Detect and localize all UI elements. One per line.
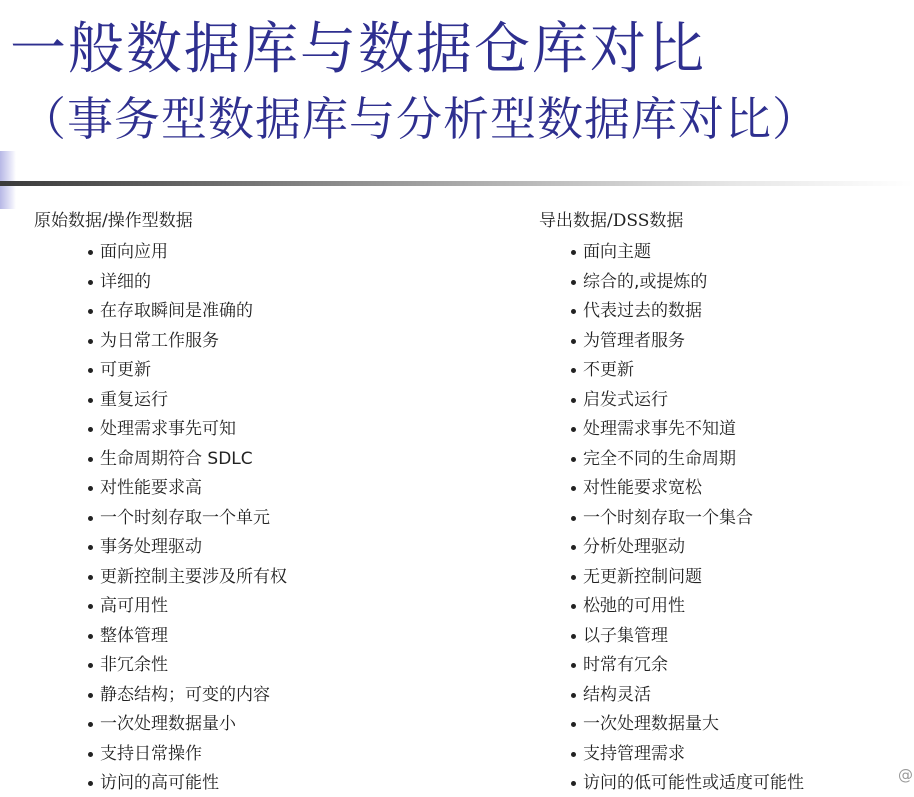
list-item: 一次处理数据量大 — [571, 710, 804, 740]
list-item: 时常有冗余 — [571, 651, 804, 681]
list-item: 对性能要求高 — [88, 474, 287, 504]
list-item: 一次处理数据量小 — [88, 710, 287, 740]
list-item-text: 支持日常操作 — [100, 740, 202, 770]
bullet-icon — [88, 368, 93, 373]
bullet-icon — [571, 309, 576, 314]
slide-subtitle: （事务型数据库与分析型数据库对比） — [20, 96, 819, 142]
list-item: 支持日常操作 — [88, 740, 287, 770]
bullet-icon — [571, 693, 576, 698]
bullet-icon — [88, 575, 93, 580]
list-item-text: 启发式运行 — [583, 386, 668, 416]
bullet-icon — [88, 693, 93, 698]
list-item-text: 对性能要求宽松 — [583, 474, 702, 504]
list-item: 支持管理需求 — [571, 740, 804, 770]
list-item-text: 完全不同的生命周期 — [583, 445, 736, 475]
list-item-text: 支持管理需求 — [583, 740, 685, 770]
bullet-icon — [88, 486, 93, 491]
title-divider — [0, 181, 914, 186]
list-item-text: 代表过去的数据 — [583, 297, 702, 327]
bullet-icon — [571, 486, 576, 491]
list-item: 详细的 — [88, 268, 287, 298]
list-item-text: 更新控制主要涉及所有权 — [100, 563, 287, 593]
bullet-icon — [88, 663, 93, 668]
list-item: 非冗余性 — [88, 651, 287, 681]
bullet-icon — [88, 634, 93, 639]
list-item-text: 分析处理驱动 — [583, 533, 685, 563]
list-item-text: 时常有冗余 — [583, 651, 668, 681]
list-item-text: 一个时刻存取一个集合 — [583, 504, 753, 534]
list-item: 完全不同的生命周期 — [571, 445, 804, 475]
list-item: 静态结构；可变的内容 — [88, 681, 287, 711]
bullet-icon — [571, 781, 576, 786]
list-item: 一个时刻存取一个集合 — [571, 504, 804, 534]
slide-title: 一般数据库与数据仓库对比 — [10, 22, 706, 78]
bullet-icon — [571, 368, 576, 373]
watermark: @ — [898, 766, 913, 784]
list-item-text: 综合的,或提炼的 — [583, 268, 707, 298]
bullet-icon — [571, 427, 576, 432]
list-item-text: 处理需求事先可知 — [100, 415, 236, 445]
bullet-icon — [571, 457, 576, 462]
bullet-icon — [88, 339, 93, 344]
list-item-text: 为日常工作服务 — [100, 327, 219, 357]
list-item-text: 为管理者服务 — [583, 327, 685, 357]
list-item-text: 高可用性 — [100, 592, 168, 622]
list-item: 面向主题 — [571, 238, 804, 268]
list-item: 高可用性 — [88, 592, 287, 622]
bullet-icon — [571, 280, 576, 285]
list-item: 处理需求事先可知 — [88, 415, 287, 445]
bullet-icon — [571, 250, 576, 255]
list-item: 在存取瞬间是准确的 — [88, 297, 287, 327]
list-item-text: 面向应用 — [100, 238, 168, 268]
list-item: 为日常工作服务 — [88, 327, 287, 357]
list-item-text: 对性能要求高 — [100, 474, 202, 504]
list-item-text: 重复运行 — [100, 386, 168, 416]
list-item: 更新控制主要涉及所有权 — [88, 563, 287, 593]
bullet-icon — [88, 280, 93, 285]
bullet-icon — [571, 339, 576, 344]
operational-data-list: 面向应用详细的在存取瞬间是准确的为日常工作服务可更新重复运行处理需求事先可知生命… — [88, 238, 287, 797]
list-item: 综合的,或提炼的 — [571, 268, 804, 298]
list-item: 处理需求事先不知道 — [571, 415, 804, 445]
list-item-text: 访问的低可能性或适度可能性 — [583, 769, 804, 797]
list-item: 以子集管理 — [571, 622, 804, 652]
list-item-text: 整体管理 — [100, 622, 168, 652]
bullet-icon — [571, 722, 576, 727]
list-item-text: 结构灵活 — [583, 681, 651, 711]
list-item-text: 一个时刻存取一个单元 — [100, 504, 270, 534]
bullet-icon — [88, 250, 93, 255]
bullet-icon — [88, 722, 93, 727]
list-item: 生命周期符合 SDLC — [88, 445, 287, 475]
list-item: 整体管理 — [88, 622, 287, 652]
list-item: 一个时刻存取一个单元 — [88, 504, 287, 534]
list-item: 为管理者服务 — [571, 327, 804, 357]
bullet-icon — [571, 516, 576, 521]
list-item: 不更新 — [571, 356, 804, 386]
list-item: 重复运行 — [88, 386, 287, 416]
bullet-icon — [88, 545, 93, 550]
list-item-text: 松弛的可用性 — [583, 592, 685, 622]
list-item-text: 以子集管理 — [583, 622, 668, 652]
list-item-text: 一次处理数据量小 — [100, 710, 236, 740]
bullet-icon — [571, 604, 576, 609]
list-item: 事务处理驱动 — [88, 533, 287, 563]
list-item-text: 一次处理数据量大 — [583, 710, 719, 740]
accent-bar — [0, 151, 16, 209]
bullet-icon — [88, 516, 93, 521]
operational-data-heading: 原始数据/操作型数据 — [34, 208, 287, 238]
list-item-text: 处理需求事先不知道 — [583, 415, 736, 445]
bullet-icon — [88, 309, 93, 314]
bullet-icon — [88, 427, 93, 432]
bullet-icon — [571, 752, 576, 757]
dss-data-heading: 导出数据/DSS数据 — [539, 208, 804, 238]
dss-data-column: 导出数据/DSS数据 面向主题综合的,或提炼的代表过去的数据为管理者服务不更新启… — [539, 208, 804, 797]
dss-data-list: 面向主题综合的,或提炼的代表过去的数据为管理者服务不更新启发式运行处理需求事先不… — [571, 238, 804, 797]
list-item-text: 无更新控制问题 — [583, 563, 702, 593]
bullet-icon — [571, 398, 576, 403]
list-item: 结构灵活 — [571, 681, 804, 711]
bullet-icon — [88, 457, 93, 462]
list-item: 启发式运行 — [571, 386, 804, 416]
list-item: 访问的高可能性 — [88, 769, 287, 797]
list-item-text: 详细的 — [100, 268, 151, 298]
list-item-text: 访问的高可能性 — [100, 769, 219, 797]
list-item: 无更新控制问题 — [571, 563, 804, 593]
operational-data-column: 原始数据/操作型数据 面向应用详细的在存取瞬间是准确的为日常工作服务可更新重复运… — [34, 208, 287, 797]
list-item-text: 非冗余性 — [100, 651, 168, 681]
bullet-icon — [88, 398, 93, 403]
list-item: 分析处理驱动 — [571, 533, 804, 563]
list-item-text: 事务处理驱动 — [100, 533, 202, 563]
list-item: 可更新 — [88, 356, 287, 386]
bullet-icon — [88, 752, 93, 757]
list-item-text: 面向主题 — [583, 238, 651, 268]
bullet-icon — [88, 604, 93, 609]
bullet-icon — [571, 634, 576, 639]
list-item-text: 静态结构；可变的内容 — [100, 681, 270, 711]
list-item: 面向应用 — [88, 238, 287, 268]
list-item-text: 生命周期符合 SDLC — [100, 445, 253, 475]
bullet-icon — [571, 545, 576, 550]
list-item-text: 不更新 — [583, 356, 634, 386]
bullet-icon — [571, 663, 576, 668]
list-item: 松弛的可用性 — [571, 592, 804, 622]
list-item: 代表过去的数据 — [571, 297, 804, 327]
list-item-text: 可更新 — [100, 356, 151, 386]
list-item-text: 在存取瞬间是准确的 — [100, 297, 253, 327]
bullet-icon — [88, 781, 93, 786]
list-item: 对性能要求宽松 — [571, 474, 804, 504]
list-item: 访问的低可能性或适度可能性 — [571, 769, 804, 797]
bullet-icon — [571, 575, 576, 580]
